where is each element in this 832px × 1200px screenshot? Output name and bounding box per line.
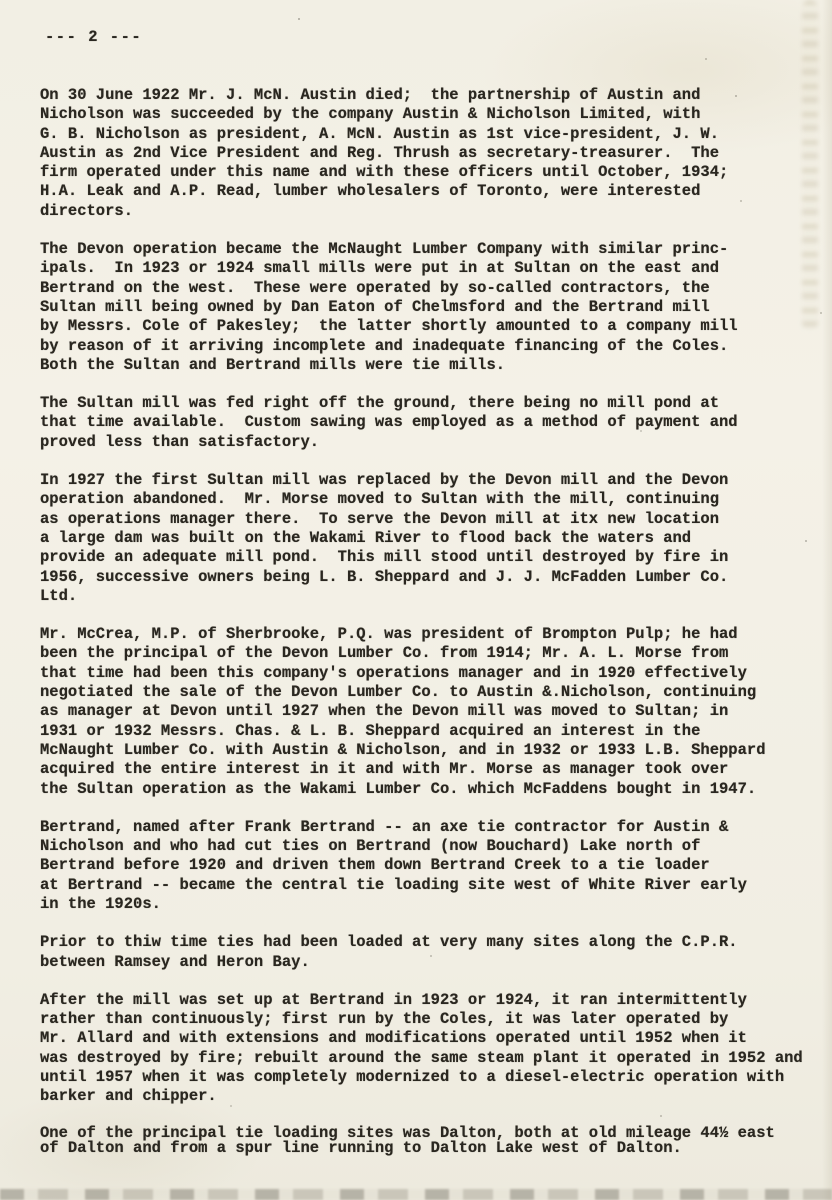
paragraph-dalton-loading-site: One of the principal tie loading sites w… xyxy=(40,1126,830,1156)
scan-artifact-right-streak xyxy=(802,0,818,330)
paragraph-mccrea-company-history: Mr. McCrea, M.P. of Sherbrooke, P.Q. was… xyxy=(40,625,830,799)
page-number: --- 2 --- xyxy=(45,28,142,46)
paragraph-sultan-mill-feeding: The Sultan mill was fed right off the gr… xyxy=(40,394,830,452)
paragraph-1927-devon-mill-move: In 1927 the first Sultan mill was replac… xyxy=(40,471,830,606)
paragraph-bertrand-mill-operation: After the mill was set up at Bertrand in… xyxy=(40,991,830,1107)
document-body: On 30 June 1922 Mr. J. McN. Austin died;… xyxy=(40,86,830,1156)
paragraph-bertrand-naming: Bertrand, named after Frank Bertrand -- … xyxy=(40,818,830,914)
paragraph-prior-loading-sites: Prior to thiw time ties had been loaded … xyxy=(40,933,830,972)
paragraph-devon-mcnaught-mills: The Devon operation became the McNaught … xyxy=(40,240,830,375)
paragraph-austin-partnership: On 30 June 1922 Mr. J. McN. Austin died;… xyxy=(40,86,830,221)
scan-artifact-bottom-band xyxy=(0,1189,832,1200)
document-page: --- 2 --- On 30 June 1922 Mr. J. McN. Au… xyxy=(0,0,832,1200)
scan-edge-shading xyxy=(822,0,832,1200)
